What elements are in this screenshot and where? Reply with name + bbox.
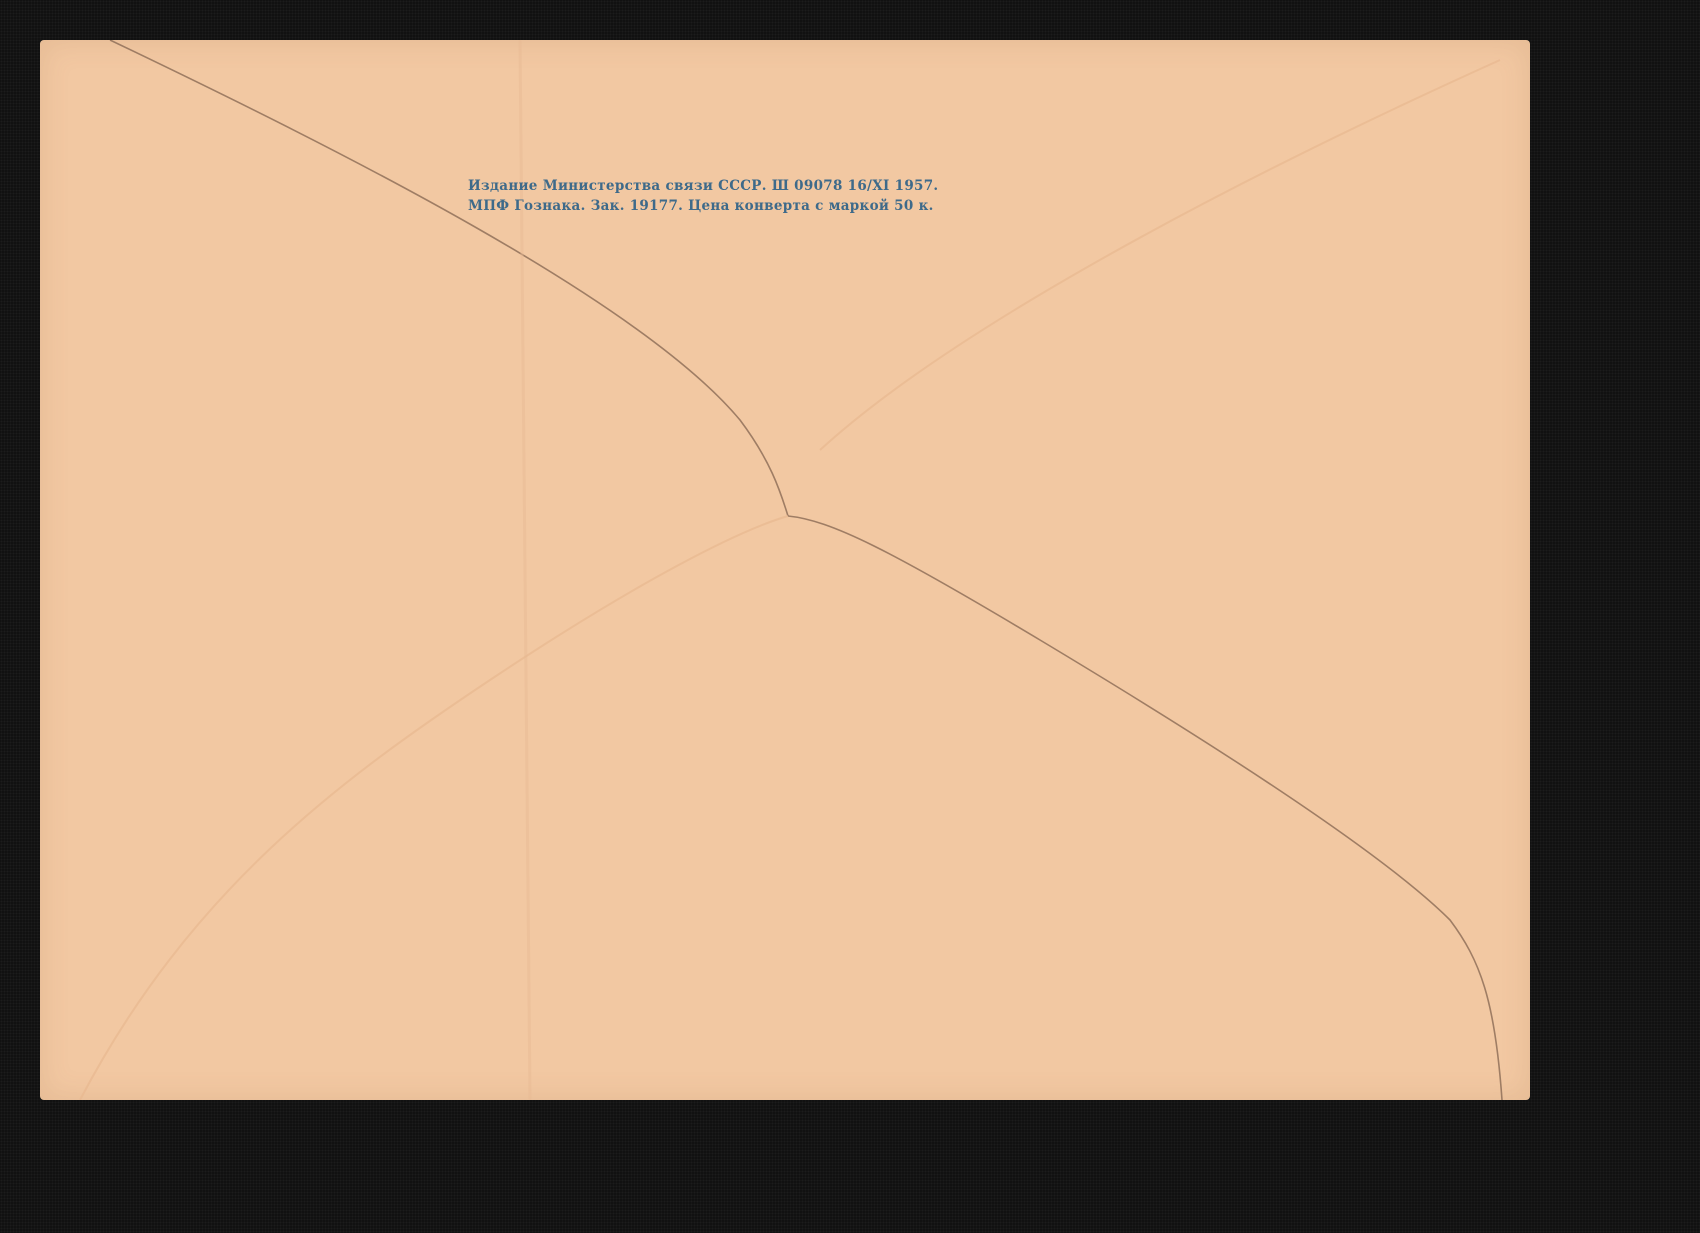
imprint-line-1: Издание Министерства связи СССР. Ш 09078… <box>468 176 938 196</box>
publisher-imprint: Издание Министерства связи СССР. Ш 09078… <box>468 176 938 216</box>
envelope-back: Издание Министерства связи СССР. Ш 09078… <box>40 40 1530 1100</box>
imprint-line-2: МПФ Гознака. Зак. 19177. Цена конверта с… <box>468 196 938 216</box>
